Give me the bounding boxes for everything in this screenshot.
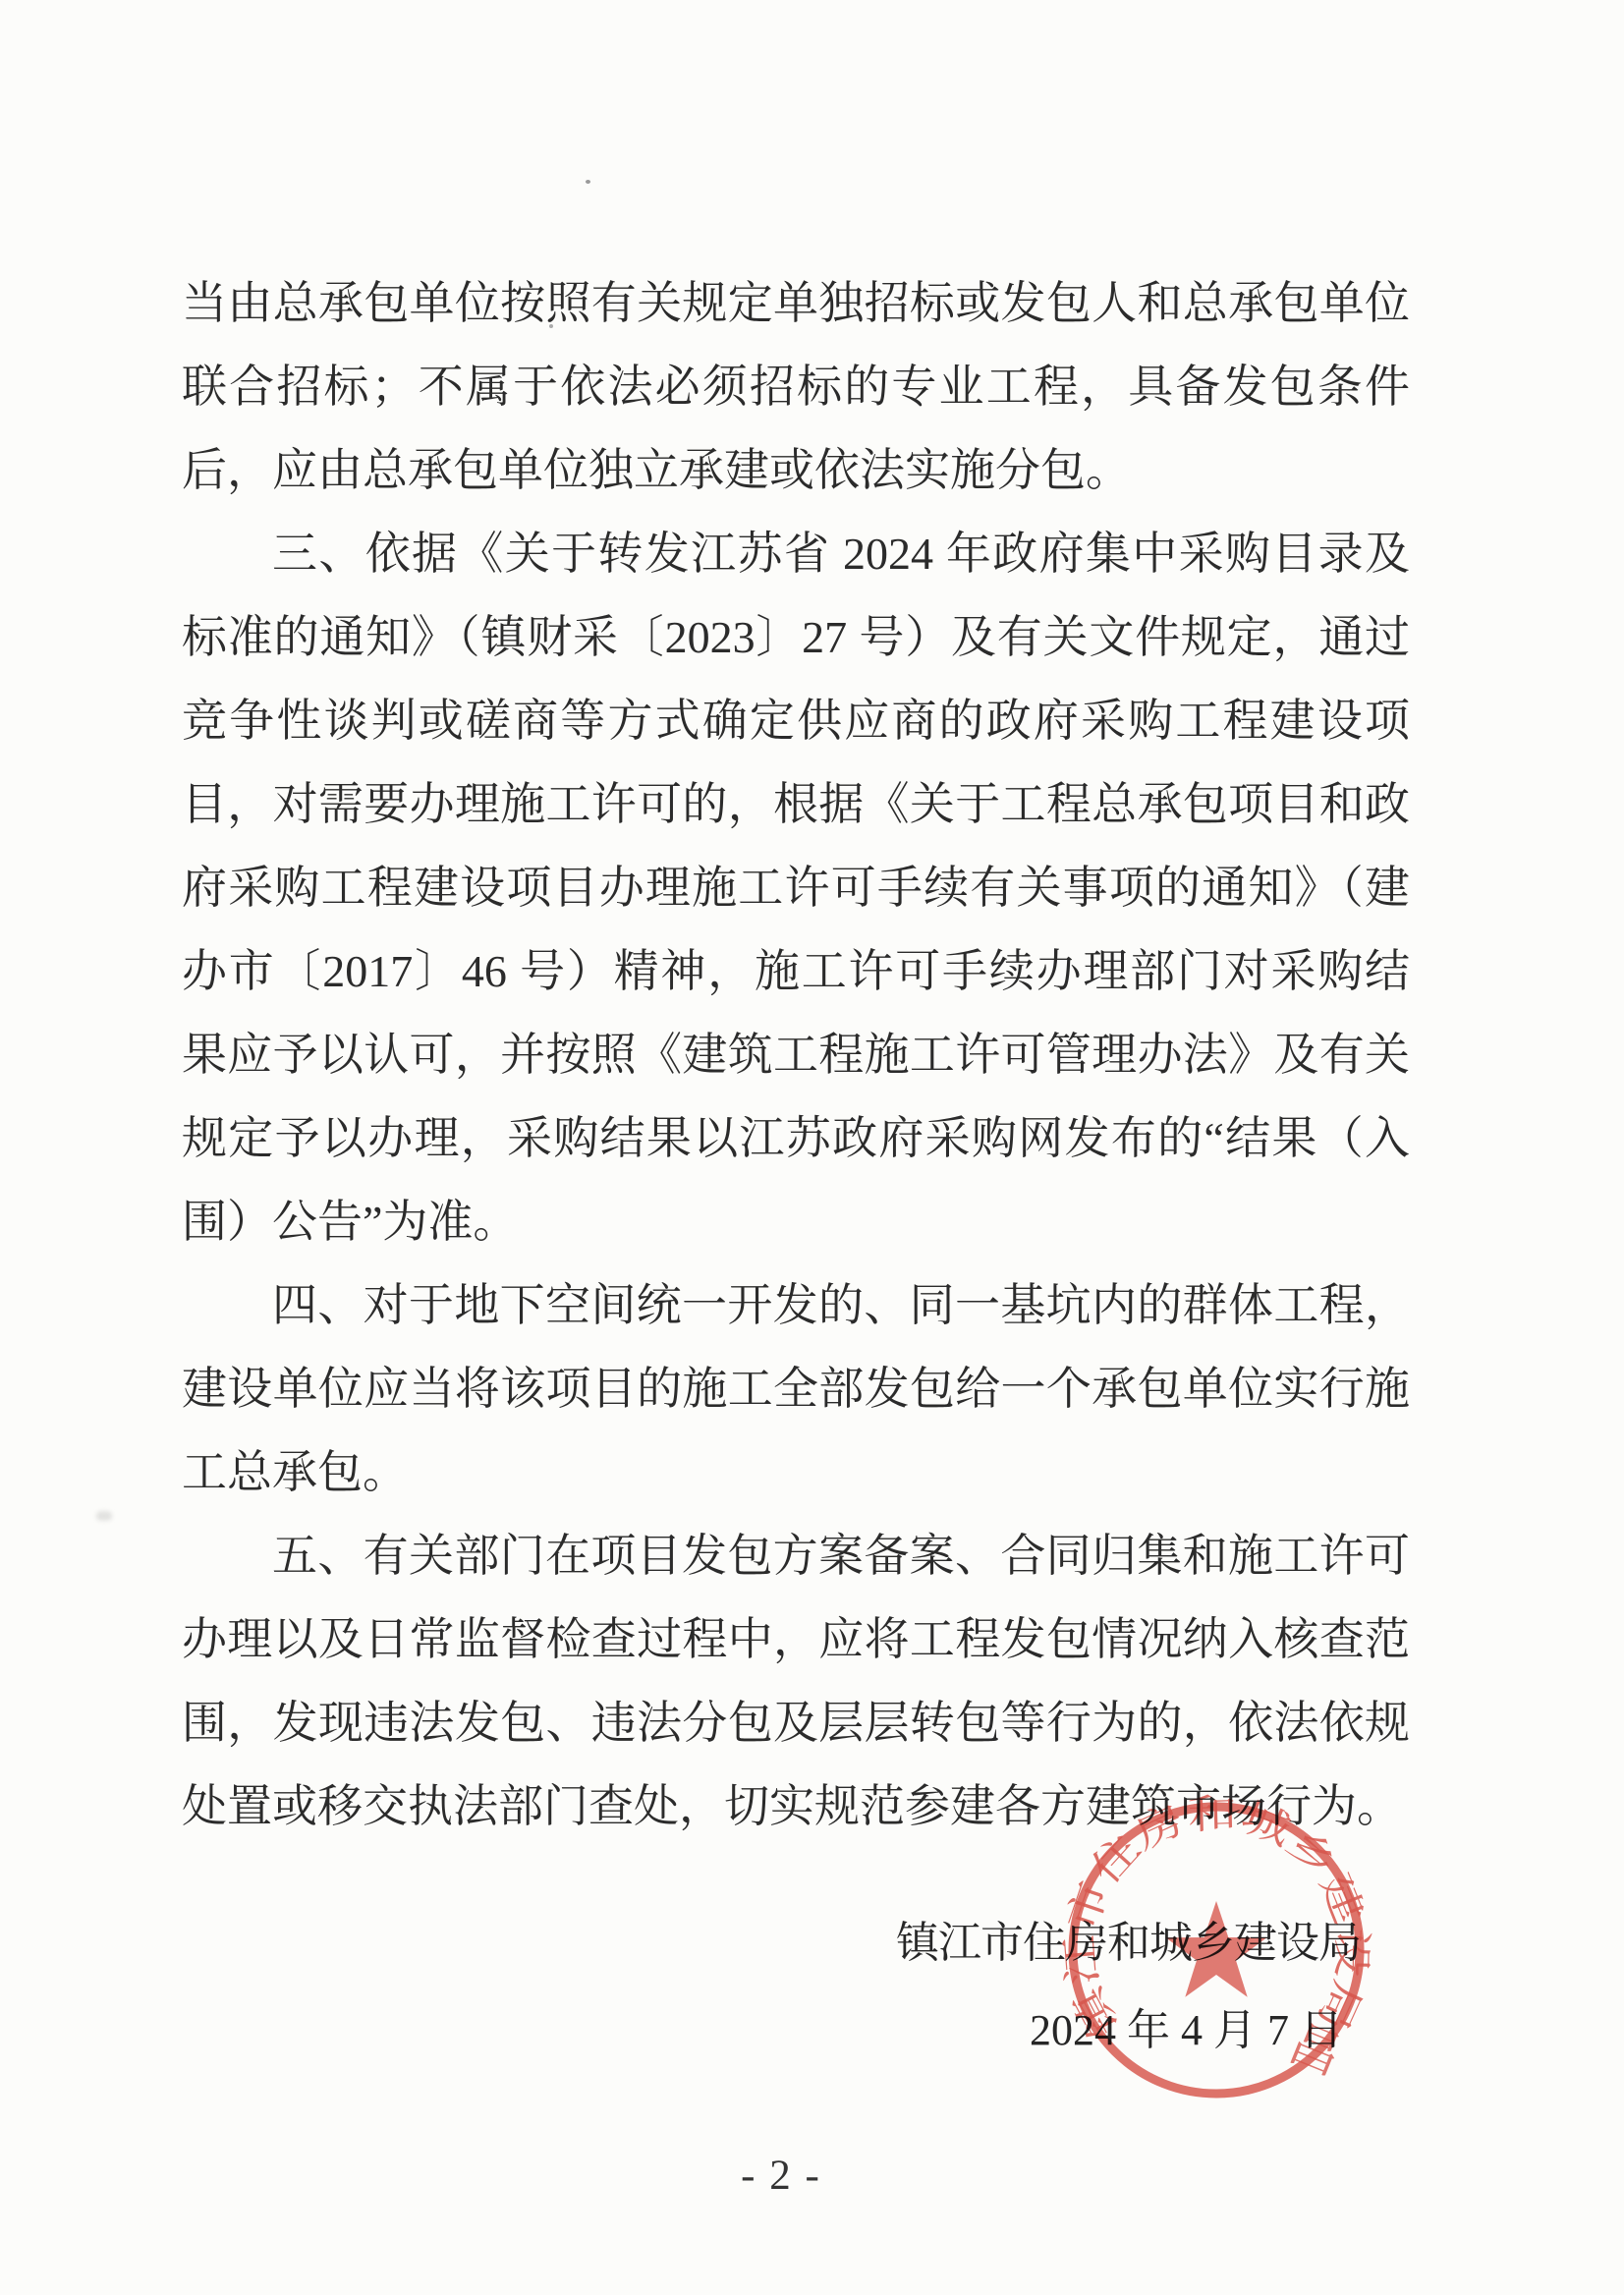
official-seal: 镇江市住房和城乡建设局 昌 <box>1057 1791 1375 2109</box>
scan-speck <box>586 180 590 184</box>
page-number: - 2 - <box>0 2152 1562 2200</box>
paragraph-item-4: 四、对于地下空间统一开发的、同一基坑内的群体工程，建设单位应当将该项目的施工全部… <box>182 1263 1410 1514</box>
page: 当由总承包单位按照有关规定单独招标或发包人和总承包单位联合招标；不属于依法必须招… <box>0 0 1624 2295</box>
scanned-document-page: { "page": { "page_number": "- 2 -" }, "d… <box>0 0 1624 2295</box>
star-icon <box>1166 1901 1267 1997</box>
paragraph-item-3: 三、依据《关于转发江苏省 2024 年政府集中采购目录及标准的通知》（镇财采〔2… <box>182 512 1410 1263</box>
scan-speck <box>549 324 553 328</box>
paragraph-continued: 当由总承包单位按照有关规定单独招标或发包人和总承包单位联合招标；不属于依法必须招… <box>182 261 1410 512</box>
document-body: 当由总承包单位按照有关规定单独招标或发包人和总承包单位联合招标；不属于依法必须招… <box>182 261 1410 1848</box>
scan-smudge <box>96 1511 112 1521</box>
